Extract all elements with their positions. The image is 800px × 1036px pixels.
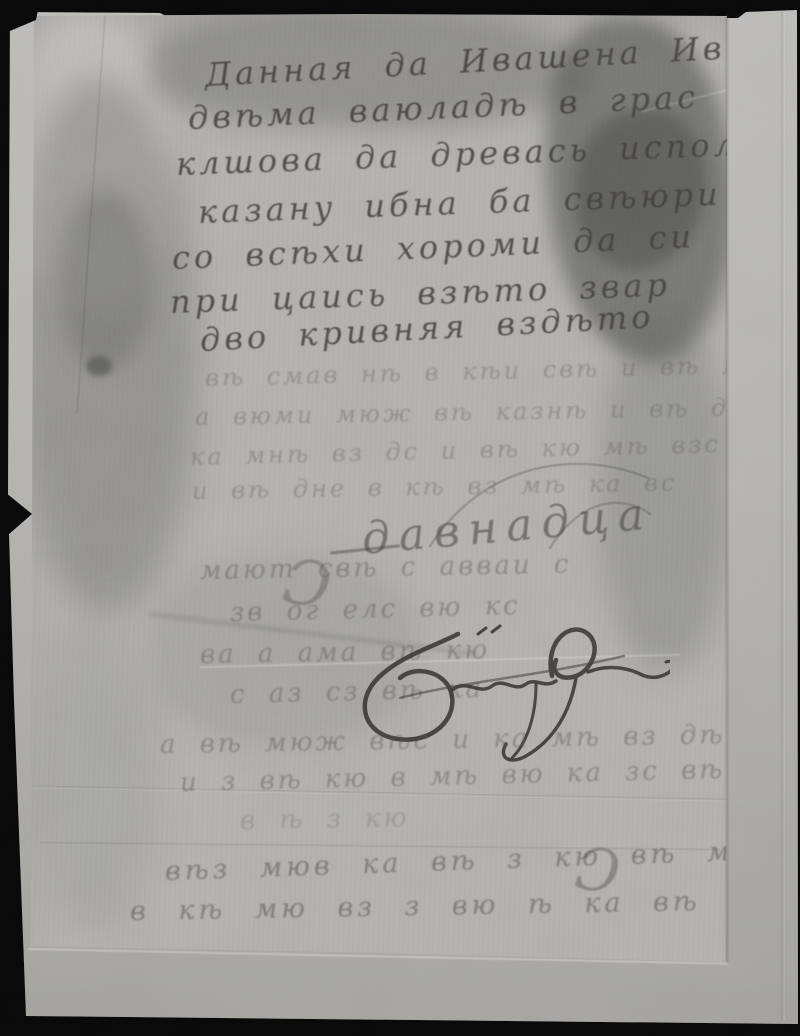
black-edge-nub [0, 418, 8, 462]
black-edge-nub [0, 258, 7, 308]
black-edge-nub [0, 636, 9, 676]
paper-striations [0, 0, 800, 1036]
manuscript-scan: Данная да Ивашена Ив двѣма ваюладѣ в гра… [0, 0, 800, 1036]
black-edge-nub [0, 60, 8, 106]
manuscript-sheet: Данная да Ивашена Ив двѣма ваюладѣ в гра… [0, 0, 800, 1036]
